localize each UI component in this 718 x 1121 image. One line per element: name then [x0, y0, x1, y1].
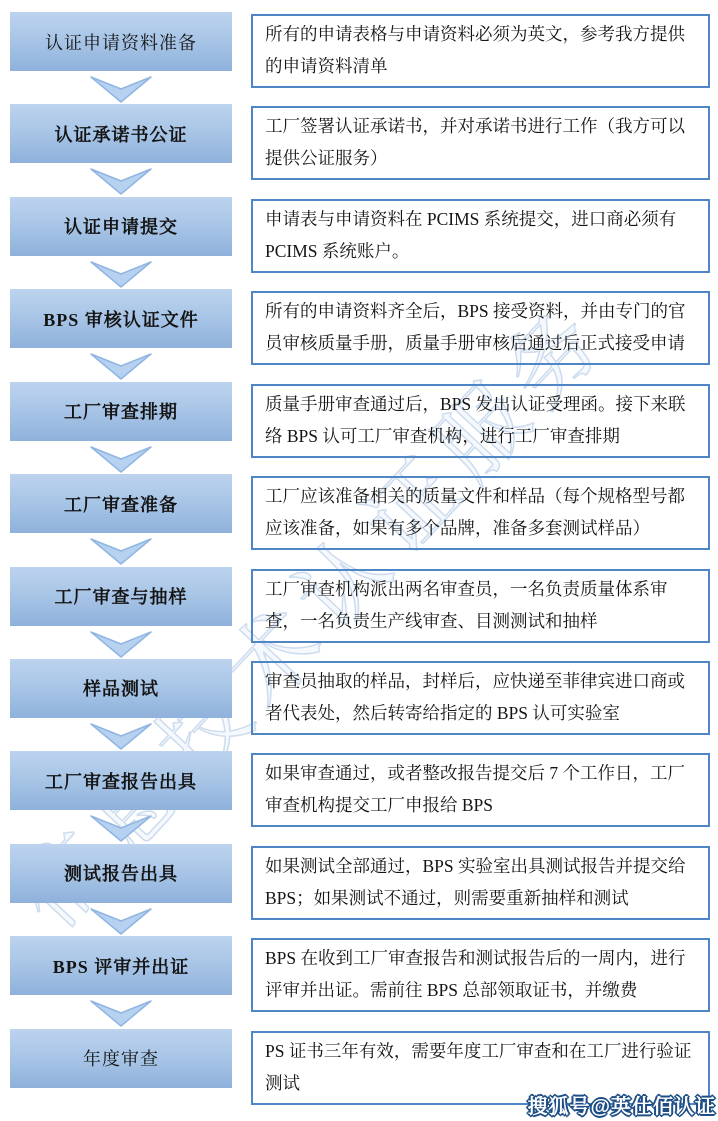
flow-row: 工厂审查报告出具 如果审查通过，或者整改报告提交后 7 个工作日，工厂审查机构提… — [10, 751, 710, 843]
description-box: 所有的申请表格与申请资料必须为英文，参考我方提供的申请资料清单 — [251, 14, 710, 88]
description-text: 工厂签署认证承诺书，并对承诺书进行工作（我方可以提供公证服务） — [265, 110, 696, 174]
step-box: 认证承诺书公证 — [10, 104, 232, 163]
step-column: 工厂审查与抽样 — [10, 567, 232, 658]
step-label: BPS 评审并出证 — [53, 953, 190, 979]
flow-row: 认证申请提交 申请表与申请资料在 PCIMS 系统提交，进口商必须有 PCIMS… — [10, 197, 710, 289]
step-label: 认证申请提交 — [64, 213, 178, 239]
flow-row: BPS 评审并出证 BPS 在收到工厂审查报告和测试报告后的一周内，进行评审并出… — [10, 936, 710, 1028]
step-column: 认证申请提交 — [10, 197, 232, 288]
step-label: 认证承诺书公证 — [55, 121, 188, 147]
step-label: 认证申请资料准备 — [45, 29, 197, 55]
step-box: 工厂审查准备 — [10, 474, 232, 533]
description-box: 工厂审查机构派出两名审查员，一名负责质量体系审查，一名负责生产线审查、目测测试和… — [251, 569, 710, 643]
down-arrow-icon — [90, 261, 152, 288]
description-column: BPS 在收到工厂审查报告和测试报告后的一周内，进行评审并出证。需前往 BPS … — [232, 936, 710, 1012]
step-label: 工厂审查准备 — [64, 491, 178, 517]
down-arrow-icon — [90, 723, 152, 750]
description-text: 所有的申请表格与申请资料必须为英文，参考我方提供的申请资料清单 — [265, 18, 696, 82]
description-text: BPS 在收到工厂审查报告和测试报告后的一周内，进行评审并出证。需前往 BPS … — [265, 942, 696, 1006]
description-column: 如果测试全部通过，BPS 实验室出具测试报告并提交给 BPS；如果测试不通过，则… — [232, 844, 710, 920]
description-text: 如果测试全部通过，BPS 实验室出具测试报告并提交给 BPS；如果测试不通过，则… — [265, 850, 696, 914]
down-arrow-icon — [90, 353, 152, 380]
description-text: 工厂应该准备相关的质量文件和样品（每个规格型号都应该准备，如果有多个品牌，准备多… — [265, 480, 696, 544]
sohu-watermark-badge: 搜狐号@英仕佰认证 — [527, 1090, 716, 1119]
description-box: BPS 在收到工厂审查报告和测试报告后的一周内，进行评审并出证。需前往 BPS … — [251, 938, 710, 1012]
step-box: 工厂审查与抽样 — [10, 567, 232, 626]
description-text: 质量手册审查通过后，BPS 发出认证受理函。接下来联络 BPS 认可工厂审查机构… — [265, 388, 696, 452]
description-box: 如果测试全部通过，BPS 实验室出具测试报告并提交给 BPS；如果测试不通过，则… — [251, 846, 710, 920]
description-text: 审查员抽取的样品，封样后，应快递至菲律宾进口商或者代表处，然后转寄给指定的 BP… — [265, 665, 696, 729]
step-column: 样品测试 — [10, 659, 232, 750]
step-label: 工厂审查报告出具 — [45, 768, 197, 794]
down-arrow-icon — [90, 446, 152, 473]
flow-row: 工厂审查排期 质量手册审查通过后，BPS 发出认证受理函。接下来联络 BPS 认… — [10, 382, 710, 474]
step-box: 认证申请资料准备 — [10, 12, 232, 71]
down-arrow-icon — [90, 1000, 152, 1027]
description-box: 如果审查通过，或者整改报告提交后 7 个工作日，工厂审查机构提交工厂申报给 BP… — [251, 753, 710, 827]
step-column: 年度审查 — [10, 1029, 232, 1088]
step-column: 认证承诺书公证 — [10, 104, 232, 195]
description-text: 申请表与申请资料在 PCIMS 系统提交，进口商必须有 PCIMS 系统账户。 — [265, 203, 696, 267]
step-box: BPS 评审并出证 — [10, 936, 232, 995]
step-label: 年度审查 — [83, 1045, 159, 1071]
step-column: BPS 审核认证文件 — [10, 289, 232, 380]
flow-row: 测试报告出具 如果测试全部通过，BPS 实验室出具测试报告并提交给 BPS；如果… — [10, 844, 710, 936]
step-label: 工厂审查与抽样 — [55, 583, 188, 609]
step-box: 年度审查 — [10, 1029, 232, 1088]
step-box: 测试报告出具 — [10, 844, 232, 903]
flow-row: BPS 审核认证文件 所有的申请资料齐全后，BPS 接受资料，并由专门的官员审核… — [10, 289, 710, 381]
step-column: BPS 评审并出证 — [10, 936, 232, 1027]
step-box: BPS 审核认证文件 — [10, 289, 232, 348]
flow-row: 认证申请资料准备 所有的申请表格与申请资料必须为英文，参考我方提供的申请资料清单 — [10, 12, 710, 104]
step-label: 工厂审查排期 — [64, 398, 178, 424]
step-box: 工厂审查排期 — [10, 382, 232, 441]
step-label: 样品测试 — [83, 675, 159, 701]
flowchart-canvas: 信息技术认证服务 认证申请资料准备 所有的申请表格与申请资料必须为英文，参考我方… — [0, 0, 718, 1121]
description-column: 工厂审查机构派出两名审查员，一名负责质量体系审查，一名负责生产线审查、目测测试和… — [232, 567, 710, 643]
flow-row: 工厂审查准备 工厂应该准备相关的质量文件和样品（每个规格型号都应该准备，如果有多… — [10, 474, 710, 566]
step-box: 工厂审查报告出具 — [10, 751, 232, 810]
flow-row: 工厂审查与抽样 工厂审查机构派出两名审查员，一名负责质量体系审查，一名负责生产线… — [10, 567, 710, 659]
down-arrow-icon — [90, 168, 152, 195]
step-column: 测试报告出具 — [10, 844, 232, 935]
description-box: 所有的申请资料齐全后，BPS 接受资料，并由专门的官员审核质量手册，质量手册审核… — [251, 291, 710, 365]
step-label: BPS 审核认证文件 — [43, 306, 199, 332]
description-box: 申请表与申请资料在 PCIMS 系统提交，进口商必须有 PCIMS 系统账户。 — [251, 199, 710, 273]
step-column: 工厂审查报告出具 — [10, 751, 232, 842]
step-column: 工厂审查排期 — [10, 382, 232, 473]
description-column: 所有的申请资料齐全后，BPS 接受资料，并由专门的官员审核质量手册，质量手册审核… — [232, 289, 710, 365]
flow-row: 认证承诺书公证 工厂签署认证承诺书，并对承诺书进行工作（我方可以提供公证服务） — [10, 104, 710, 196]
description-column: 申请表与申请资料在 PCIMS 系统提交，进口商必须有 PCIMS 系统账户。 — [232, 197, 710, 273]
description-column: 所有的申请表格与申请资料必须为英文，参考我方提供的申请资料清单 — [232, 12, 710, 88]
flow-row: 样品测试 审查员抽取的样品，封样后，应快递至菲律宾进口商或者代表处，然后转寄给指… — [10, 659, 710, 751]
description-text: 如果审查通过，或者整改报告提交后 7 个工作日，工厂审查机构提交工厂申报给 BP… — [265, 757, 696, 821]
step-column: 工厂审查准备 — [10, 474, 232, 565]
down-arrow-icon — [90, 631, 152, 658]
step-box: 样品测试 — [10, 659, 232, 718]
step-label: 测试报告出具 — [64, 860, 178, 886]
down-arrow-icon — [90, 815, 152, 842]
down-arrow-icon — [90, 908, 152, 935]
description-box: 质量手册审查通过后，BPS 发出认证受理函。接下来联络 BPS 认可工厂审查机构… — [251, 384, 710, 458]
step-box: 认证申请提交 — [10, 197, 232, 256]
description-column: 审查员抽取的样品，封样后，应快递至菲律宾进口商或者代表处，然后转寄给指定的 BP… — [232, 659, 710, 735]
description-column: 质量手册审查通过后，BPS 发出认证受理函。接下来联络 BPS 认可工厂审查机构… — [232, 382, 710, 458]
down-arrow-icon — [90, 538, 152, 565]
flowchart: 认证申请资料准备 所有的申请表格与申请资料必须为英文，参考我方提供的申请资料清单… — [0, 0, 718, 1121]
description-text: 工厂审查机构派出两名审查员，一名负责质量体系审查，一名负责生产线审查、目测测试和… — [265, 573, 696, 637]
description-box: 审查员抽取的样品，封样后，应快递至菲律宾进口商或者代表处，然后转寄给指定的 BP… — [251, 661, 710, 735]
description-column: 如果审查通过，或者整改报告提交后 7 个工作日，工厂审查机构提交工厂申报给 BP… — [232, 751, 710, 827]
description-column: 工厂应该准备相关的质量文件和样品（每个规格型号都应该准备，如果有多个品牌，准备多… — [232, 474, 710, 550]
description-text: 所有的申请资料齐全后，BPS 接受资料，并由专门的官员审核质量手册，质量手册审核… — [265, 295, 696, 359]
description-box: 工厂签署认证承诺书，并对承诺书进行工作（我方可以提供公证服务） — [251, 106, 710, 180]
down-arrow-icon — [90, 76, 152, 103]
description-box: 工厂应该准备相关的质量文件和样品（每个规格型号都应该准备，如果有多个品牌，准备多… — [251, 476, 710, 550]
description-column: 工厂签署认证承诺书，并对承诺书进行工作（我方可以提供公证服务） — [232, 104, 710, 180]
step-column: 认证申请资料准备 — [10, 12, 232, 103]
